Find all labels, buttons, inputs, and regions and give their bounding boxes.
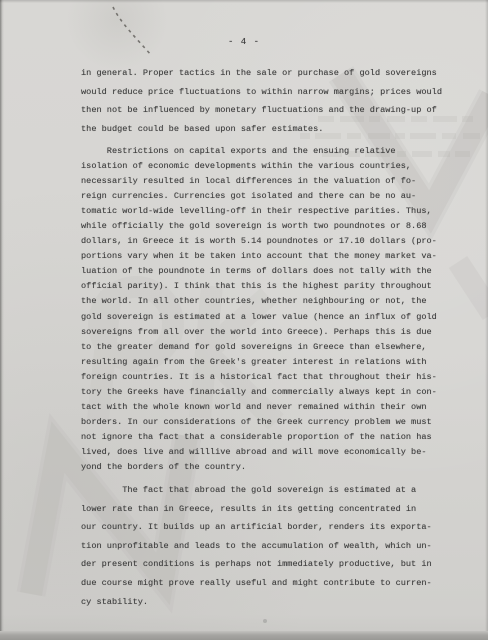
typewritten-text-layer: - 4 - in general. Proper tactics in the … (0, 0, 488, 640)
page-number: - 4 - (0, 35, 488, 49)
paragraph-gold-sovereign-abroad: The fact that abroad the gold sovereign … (81, 481, 432, 611)
paragraph-restrictions: Restrictions on capital exports and the … (81, 144, 437, 475)
scanned-document-page: - 4 - in general. Proper tactics in the … (0, 0, 488, 640)
paragraph-continuation: in general. Proper tactics in the sale o… (81, 64, 442, 138)
